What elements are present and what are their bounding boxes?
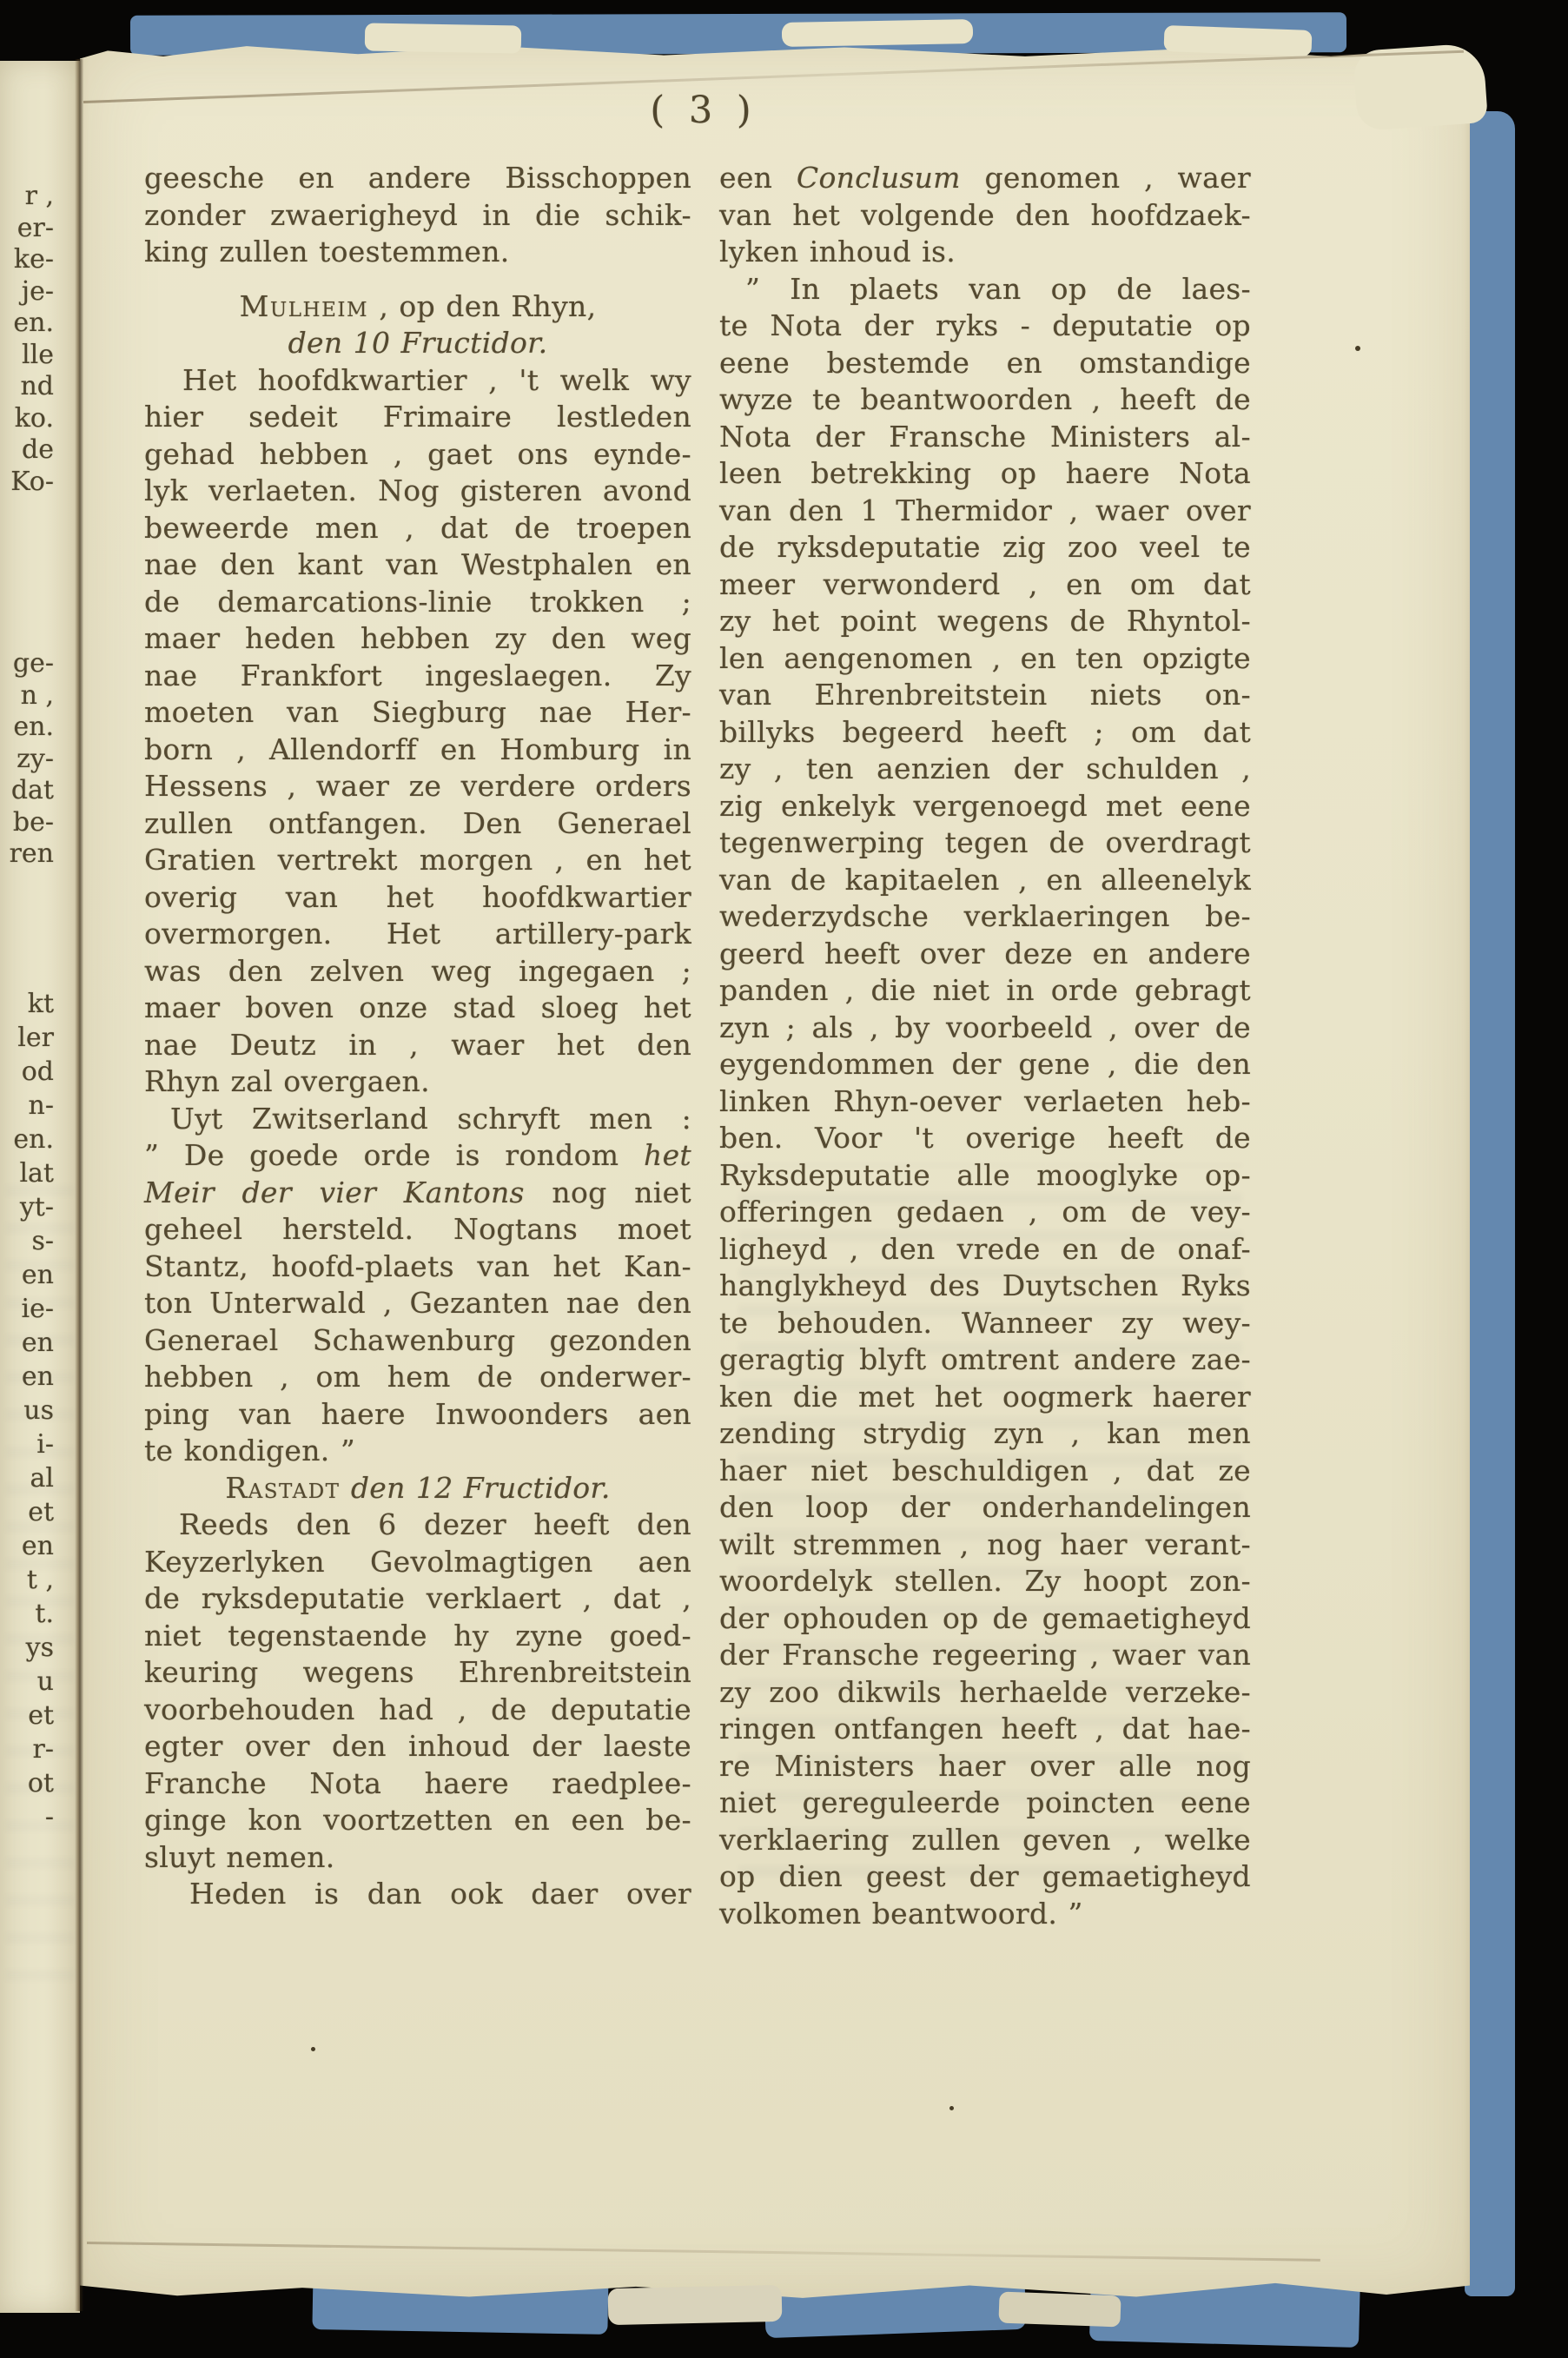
text-fragment: n ,: [10, 680, 54, 712]
scanned-newspaper-page: r ,er-ke-je-en.llendko.deKo- ge-n ,en.zy…: [0, 0, 1568, 2358]
text-fragment: en.: [13, 1123, 54, 1156]
text-line: voorbehouden had , de deputatie: [144, 1692, 691, 1729]
text-line: re Ministers haer over alle nog: [719, 1748, 1251, 1785]
text-line: een Conclusum genomen , waer: [719, 160, 1251, 197]
text-line: volkomen beantwoord. ”: [719, 1896, 1251, 1933]
text-line: gehad hebben , gaet ons eynde-: [144, 436, 691, 474]
torn-paper-bit: [998, 2292, 1121, 2328]
text-line: eene bestemde en omstandige: [719, 345, 1251, 382]
text-line: geesche en andere Bisschoppen: [144, 160, 691, 197]
text-line: verklaering zullen geven , welke: [719, 1822, 1251, 1859]
text-line: woordelyk stellen. Zy hoopt zon-: [719, 1563, 1251, 1600]
text-line: hier sedeit Frimaire lestleden: [144, 399, 691, 436]
text-fragment: n-: [13, 1089, 54, 1123]
text-line: op dien geest der gemaetigheyd: [719, 1858, 1251, 1896]
text-line: te Nota der ryks - deputatie op: [719, 308, 1251, 345]
text-line: ringen ontfangen heeft , dat hae-: [719, 1711, 1251, 1748]
text-line: Generael Schawenburg gezonden: [144, 1322, 691, 1360]
text-line: Keyzerlyken Gevolmagtigen aen: [144, 1544, 691, 1581]
text-line: eygendommen der gene , die den: [719, 1046, 1251, 1083]
text-line: van het volgende den hoofdzaek-: [719, 197, 1251, 235]
page-number: ( 3 ): [599, 89, 808, 132]
ink-speck: [949, 2106, 954, 2110]
text-line: wederzydsche verklaeringen be-: [719, 898, 1251, 936]
text-line: Meir der vier Kantons nog niet: [144, 1175, 691, 1212]
text-line: der Fransche regeering , waer van: [719, 1637, 1251, 1674]
text-fragment: od: [13, 1055, 54, 1089]
text-line: niet tegenstaende hy zyne goed-: [144, 1618, 691, 1655]
page-fold-crease: [75, 59, 83, 2311]
text-fragment: zy-: [10, 744, 54, 776]
blue-cover-edge-right: [1465, 111, 1515, 2296]
text-line: zending strydig zyn , kan men: [719, 1415, 1251, 1453]
torn-paper-bit: [365, 23, 522, 53]
text-line: len aengenomen , en ten opzigte: [719, 640, 1251, 678]
text-line: wilt stremmen , nog haer verant-: [719, 1527, 1251, 1564]
text-line: moeten van Siegburg nae Her-: [144, 694, 691, 732]
text-line: maer heden hebben zy den weg: [144, 620, 691, 658]
text-line: zyn ; als , by voorbeeld , over de: [719, 1010, 1251, 1047]
text-line: zig enkelyk vergenoegd met eene: [719, 788, 1251, 825]
text-line: nae den kant van Westphalen en: [144, 546, 691, 584]
text-line: meer verwonderd , en om dat: [719, 566, 1251, 604]
text-fragment: ko.: [10, 403, 54, 435]
text-line: niet gereguleerde poincten eene: [719, 1785, 1251, 1822]
text-line: geragtig blyft omtrent andere zae-: [719, 1341, 1251, 1379]
text-line: sluyt nemen.: [144, 1839, 691, 1877]
text-fragment: en.: [10, 712, 54, 744]
text-line: van den 1 Thermidor , waer over: [719, 493, 1251, 530]
torn-paper-bit: [608, 2285, 783, 2325]
text-line: panden , die niet in orde gebragt: [719, 972, 1251, 1010]
text-line: der ophouden op de gemaetigheyd: [719, 1600, 1251, 1638]
ink-speck: [1355, 346, 1360, 351]
text-fragment: ren: [10, 838, 54, 871]
text-line: zy , ten aenzien der schulden ,: [719, 751, 1251, 788]
text-line: zy zoo dikwils herhaelde verzeke-: [719, 1674, 1251, 1712]
text-line: Reeds den 6 dezer heeft den: [144, 1507, 691, 1544]
text-line: de ryksdeputatie zig zoo veel te: [719, 529, 1251, 566]
text-line: was den zelven weg ingegaen ;: [144, 953, 691, 990]
text-line: egter over den inhoud der laeste: [144, 1728, 691, 1765]
text-fragment: Ko-: [10, 467, 54, 499]
text-line: leen betrekking op haere Nota: [719, 455, 1251, 493]
text-line: ” In plaets van op de laes-: [719, 271, 1251, 308]
text-line: Ryksdeputatie alle mooglyke op-: [719, 1157, 1251, 1195]
ink-speck: [311, 2047, 315, 2051]
text-line: zonder zwaerigheyd in die schik-: [144, 197, 691, 235]
torn-paper-bit: [782, 19, 973, 47]
text-fragment: nd: [10, 371, 54, 403]
adjacent-page-edge: r ,er-ke-je-en.llendko.deKo- ge-n ,en.zy…: [0, 61, 80, 2313]
text-line: ” De goede orde is rondom het: [144, 1137, 691, 1175]
text-line: te kondigen. ”: [144, 1433, 691, 1470]
text-fragment: je-: [10, 276, 54, 308]
text-line: zy het point wegens de Rhyntol-: [719, 603, 1251, 640]
text-line: ligheyd , den vrede en de onaf-: [719, 1231, 1251, 1268]
text-line: Het hoofdkwartier , 't welk wy: [144, 362, 691, 400]
text-fragment: ge-: [10, 648, 54, 680]
text-line: tegenwerping tegen de overdragt: [719, 825, 1251, 862]
text-line: van de kapitaelen , en alleenelyk: [719, 862, 1251, 899]
text-line: Nota der Fransche Ministers al-: [719, 419, 1251, 456]
text-line: wyze te beantwoorden , heeft de: [719, 381, 1251, 419]
text-line: ken die met het oogmerk haerer: [719, 1379, 1251, 1416]
ink-showthrough: [5, 1182, 75, 1981]
text-line: den loop der onderhandelingen: [719, 1489, 1251, 1527]
text-line: hebben , om hem de onderwer-: [144, 1359, 691, 1396]
text-line: overmorgen. Het artillery-park: [144, 916, 691, 953]
text-line: Stantz, hoofd-plaets van het Kan-: [144, 1249, 691, 1286]
text-line: nae Frankfort ingeslaegen. Zy: [144, 658, 691, 695]
text-line: hanglykheyd des Duytschen Ryks: [719, 1268, 1251, 1305]
text-fragment: ke-: [10, 244, 54, 276]
text-line: ginge kon voortzetten en een be-: [144, 1802, 691, 1839]
text-line: Uyt Zwitserland schryft men :: [144, 1101, 691, 1138]
text-line: linken Rhyn-oever verlaeten heb-: [719, 1083, 1251, 1121]
text-fragment: lle: [10, 340, 54, 372]
text-line: king zullen toestemmen.: [144, 234, 691, 271]
text-line: nae Deutz in , waer het den: [144, 1027, 691, 1064]
text-line: de demarcations-linie trokken ;: [144, 584, 691, 621]
text-fragment: ler: [13, 1021, 54, 1055]
dateline-heading: Rastadt den 12 Fructidor.: [144, 1470, 691, 1507]
text-line: lyken inhoud is.: [719, 234, 1251, 271]
text-line: te behouden. Wanneer zy wey-: [719, 1305, 1251, 1342]
text-line: offeringen gedaen , om de vey-: [719, 1194, 1251, 1231]
text-line: haer niet beschuldigen , dat ze: [719, 1453, 1251, 1490]
text-fragment: r ,: [10, 181, 54, 213]
text-line: maer boven onze stad sloeg het: [144, 990, 691, 1027]
text-line: Gratien vertrekt morgen , en het: [144, 842, 691, 879]
text-line: beweerde men , dat de troepen: [144, 510, 691, 547]
torn-paper-bit: [1164, 25, 1313, 56]
cutoff-text-fragments-top: r ,er-ke-je-en.llendko.deKo-: [10, 181, 54, 498]
text-line: geerd heeft over deze en andere: [719, 936, 1251, 973]
text-line: ton Unterwald , Gezanten nae den: [144, 1285, 691, 1322]
cutoff-text-fragments-middle: ge-n ,en.zy-datbe-ren: [10, 648, 54, 871]
text-line: geheel hersteld. Nogtans moet: [144, 1211, 691, 1249]
text-line: overig van het hoofdkwartier: [144, 879, 691, 917]
left-text-column: geesche en andere Bisschoppenzonder zwae…: [144, 160, 691, 1913]
text-line: de ryksdeputatie verklaert , dat ,: [144, 1580, 691, 1618]
text-line: ben. Voor 't overige heeft de: [719, 1120, 1251, 1157]
text-fragment: be-: [10, 807, 54, 839]
dateline-heading: den 10 Fructidor.: [144, 325, 691, 362]
text-fragment: kt: [13, 987, 54, 1021]
text-line: born , Allendorff en Homburg in: [144, 732, 691, 769]
text-line: billyks begeerd heeft ; om dat: [719, 714, 1251, 752]
text-line: keuring wegens Ehrenbreitstein: [144, 1654, 691, 1692]
text-line: Hessens , waer ze verdere orders: [144, 768, 691, 805]
text-line: ping van haere Inwoonders aen: [144, 1396, 691, 1434]
dateline-heading: Mulheim , op den Rhyn,: [144, 288, 691, 326]
text-fragment: dat: [10, 775, 54, 807]
text-line: Heden is dan ook daer over: [144, 1876, 691, 1913]
right-text-column: een Conclusum genomen , waervan het volg…: [719, 160, 1251, 1932]
text-fragment: en.: [10, 308, 54, 340]
text-line: Rhyn zal overgaen.: [144, 1063, 691, 1101]
text-line: Franche Nota haere raedplee-: [144, 1765, 691, 1803]
text-fragment: er-: [10, 213, 54, 245]
text-fragment: de: [10, 434, 54, 467]
text-line: zullen ontfangen. Den Generael: [144, 805, 691, 843]
text-line: lyk verlaeten. Nog gisteren avond: [144, 473, 691, 510]
text-line: van Ehrenbreitstein niets on-: [719, 677, 1251, 714]
